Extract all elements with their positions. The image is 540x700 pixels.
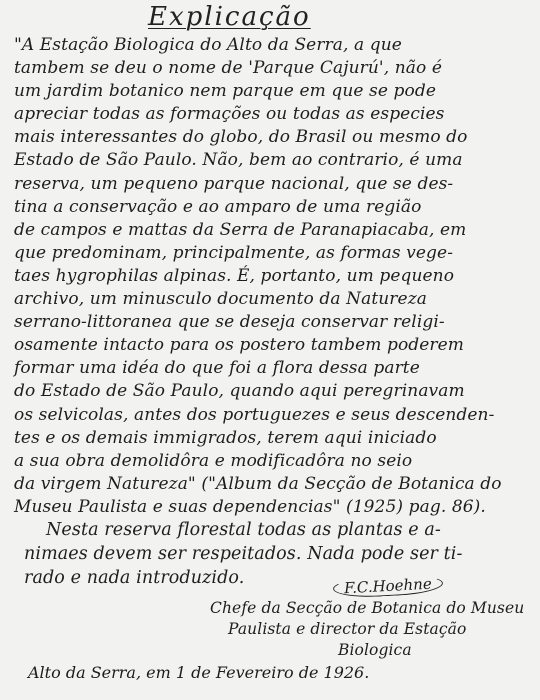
notice-line: nimaes devem ser respeitados. Nada pode … <box>24 542 534 566</box>
reserve-notice: Nesta reserva florestal todas as plantas… <box>24 518 534 590</box>
body-line: da virgem Natureza" ("Album da Secção de… <box>14 473 534 496</box>
notice-line: Nesta reserva florestal todas as plantas… <box>24 518 534 542</box>
body-line: archivo, um minusculo documento da Natur… <box>14 288 534 311</box>
signatory-title: Chefe da Secção de Botanica do Museu Pau… <box>210 598 540 661</box>
body-line: mais interessantes do globo, do Brasil o… <box>14 126 534 149</box>
body-line: de campos e mattas da Serra de Paranapia… <box>14 219 534 242</box>
document-title: Explicação <box>148 2 311 32</box>
signatory-title-line: Paulista e director da Estação <box>210 619 540 640</box>
body-line: serrano-littoranea que se deseja conserv… <box>14 311 534 334</box>
body-line: "A Estação Biologica do Alto da Serra, a… <box>14 34 534 57</box>
body-line: formar uma idéa do que foi a flora dessa… <box>14 357 534 380</box>
quoted-explanation: "A Estação Biologica do Alto da Serra, a… <box>14 34 534 519</box>
notice-line: rado e nada introduzido. <box>24 566 534 590</box>
place-and-date: Alto da Serra, em 1 de Fevereiro de 1926… <box>28 663 369 682</box>
body-line: taes hygrophilas alpinas. É, portanto, u… <box>14 265 534 288</box>
body-line: os selvicolas, antes dos portuguezes e s… <box>14 404 534 427</box>
body-line: a sua obra demolidôra e modificadôra no … <box>14 450 534 473</box>
body-line: que predominam, principalmente, as forma… <box>14 242 534 265</box>
body-line: tina a conservação e ao amparo de uma re… <box>14 196 534 219</box>
body-line: reserva, um pequeno parque nacional, que… <box>14 173 534 196</box>
body-line: apreciar todas as formações ou todas as … <box>14 103 534 126</box>
body-line: Museu Paulista e suas dependencias" (192… <box>14 496 534 519</box>
signatory-title-line: Chefe da Secção de Botanica do Museu <box>210 598 540 619</box>
body-line: um jardim botanico nem parque em que se … <box>14 80 534 103</box>
signatory-title-line: Biologica <box>210 640 540 661</box>
body-line: tambem se deu o nome de 'Parque Cajurú',… <box>14 57 534 80</box>
body-line: tes e os demais immigrados, terem aqui i… <box>14 427 534 450</box>
body-line: do Estado de São Paulo, quando aqui pere… <box>14 380 534 403</box>
body-line: Estado de São Paulo. Não, bem ao contrar… <box>14 149 534 172</box>
manuscript-page: Explicação "A Estação Biologica do Alto … <box>0 0 540 700</box>
body-line: osamente intacto para os postero tambem … <box>14 334 534 357</box>
